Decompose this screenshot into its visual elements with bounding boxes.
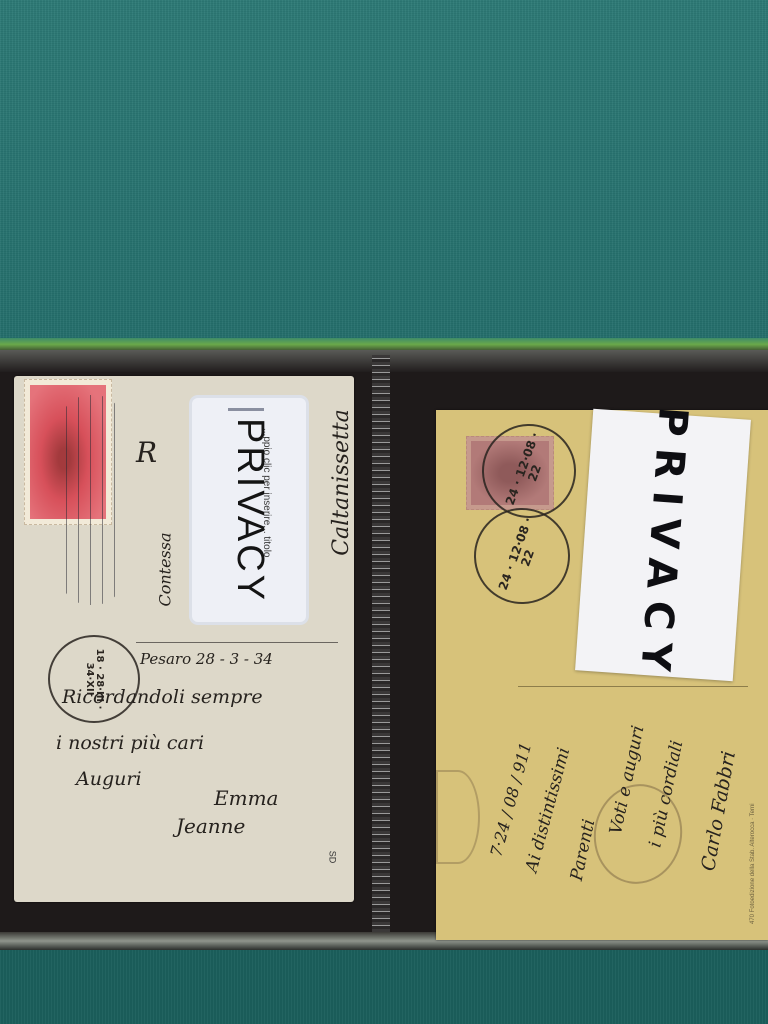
privacy-text-right: PRIVACY (630, 405, 695, 684)
privacy-hint-text: ...ppio clic per inserire... titolo (261, 428, 272, 558)
privacy-label-right: PRIVACY (575, 409, 751, 681)
wavy-cancellation-lines (60, 395, 124, 605)
address-rule (518, 686, 748, 687)
publisher-mark: SD (327, 851, 337, 864)
signature-2: Jeanne (176, 814, 245, 838)
teal-cloth-background (0, 0, 768, 345)
faint-postmark-edge (436, 770, 480, 864)
message-line-1: Ricordandoli sempre (62, 686, 263, 708)
privacy-label-left: PRIVACY ...ppio clic per inserire... tit… (192, 398, 306, 622)
message-line-2: i nostri più cari (56, 732, 204, 754)
publisher-imprint: 470 Fotoedizione della Stab. Alterocca ·… (750, 803, 756, 924)
album-spine-stitching (372, 355, 390, 950)
recipient-city: Caltanissetta (329, 409, 354, 556)
label-bar (228, 408, 264, 411)
postmark-text: 18 · 28·III · 34·XII (84, 637, 105, 721)
postmark-pesaro: 18 · 28·III · 34·XII (48, 635, 140, 723)
message-place-date: Pesaro 28 - 3 - 34 (140, 650, 273, 668)
teal-cloth-bottom (0, 950, 768, 1024)
postmark-text: 24 · 12·08 · 22 (494, 508, 549, 603)
recipient-name: Contessa (156, 532, 175, 606)
initial-mark: R (136, 436, 157, 469)
message-line-3: Auguri (76, 768, 142, 790)
address-rule (136, 642, 338, 643)
postmark-text: 24 · 12·08 · 22 (502, 424, 556, 517)
signature-1: Emma (214, 786, 278, 810)
